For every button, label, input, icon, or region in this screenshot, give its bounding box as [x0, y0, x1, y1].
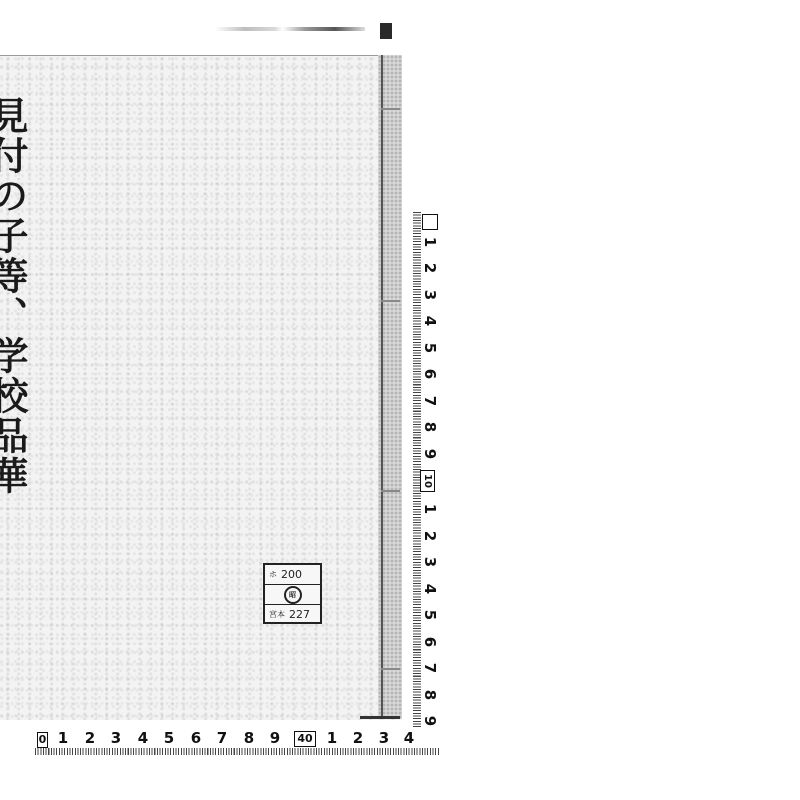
binding-stitch [381, 668, 400, 670]
ruler-mark: 8 [421, 419, 439, 435]
ruler-mark: 6 [421, 366, 439, 382]
ruler-mark: 9 [421, 713, 439, 729]
ruler-mark: 9 [421, 446, 439, 462]
ruler-mark: 7 [421, 660, 439, 676]
scan-artifact-strip [215, 27, 365, 31]
label-number: 200 [281, 568, 302, 581]
binding-thread [381, 55, 383, 719]
ruler-mark: 3 [377, 729, 391, 747]
catalog-label: ホ 200 昭 宮本 227 [263, 563, 322, 624]
document-page [0, 55, 402, 720]
vertical-ruler: 1 2 3 4 5 6 7 8 9 10 1 2 3 4 5 6 7 8 9 2… [413, 212, 440, 748]
ruler-mark: 2 [351, 729, 365, 747]
ruler-mark-boxed: 0 [37, 732, 48, 748]
ruler-mark: 4 [421, 313, 439, 329]
ruler-mark: 4 [402, 729, 416, 747]
label-row-top: ホ 200 [265, 565, 320, 585]
binding-stitch [381, 300, 400, 302]
binding-stitch [381, 108, 400, 110]
ruler-mark: 4 [136, 729, 150, 747]
ruler-mark: 6 [421, 634, 439, 650]
ruler-mark: 3 [109, 729, 123, 747]
label-number: 227 [289, 608, 310, 621]
ruler-mark: 5 [421, 607, 439, 623]
ruler-logo-icon [422, 214, 438, 230]
ruler-mark-boxed: 10 [420, 470, 435, 492]
ruler-mark: 1 [325, 729, 339, 747]
binding-stitch [381, 490, 400, 492]
ruler-mark: 5 [162, 729, 176, 747]
ruler-mark: 8 [421, 687, 439, 703]
seal-stamp-icon: 昭 [284, 586, 302, 604]
label-prefix: 宮本 [269, 609, 285, 620]
ruler-mark: 3 [421, 554, 439, 570]
ruler-ticks [35, 748, 440, 755]
ruler-mark: 6 [189, 729, 203, 747]
ruler-mark: 2 [83, 729, 97, 747]
ruler-mark: 4 [421, 581, 439, 597]
horizontal-ruler: 0 1 2 3 4 5 6 7 8 9 40 1 2 3 4 [35, 728, 440, 755]
ruler-mark: 2 [421, 260, 439, 276]
ruler-mark: 8 [242, 729, 256, 747]
label-prefix: ホ [269, 569, 277, 580]
ruler-mark: 1 [421, 501, 439, 517]
label-row-bottom: 宮本 227 [265, 605, 320, 624]
ruler-mark: 7 [215, 729, 229, 747]
ruler-mark-boxed: 40 [294, 731, 316, 747]
handwritten-title: 見付の子等、学校品華 [0, 96, 26, 496]
scan-artifact-block [380, 23, 392, 39]
ruler-mark: 1 [421, 234, 439, 250]
ruler-mark: 2 [421, 528, 439, 544]
ruler-mark: 9 [268, 729, 282, 747]
ruler-mark: 5 [421, 340, 439, 356]
ruler-mark: 3 [421, 287, 439, 303]
page-bottom-edge [360, 716, 400, 719]
label-row-middle: 昭 [265, 585, 320, 605]
ruler-mark: 1 [56, 729, 70, 747]
ruler-mark: 7 [421, 393, 439, 409]
